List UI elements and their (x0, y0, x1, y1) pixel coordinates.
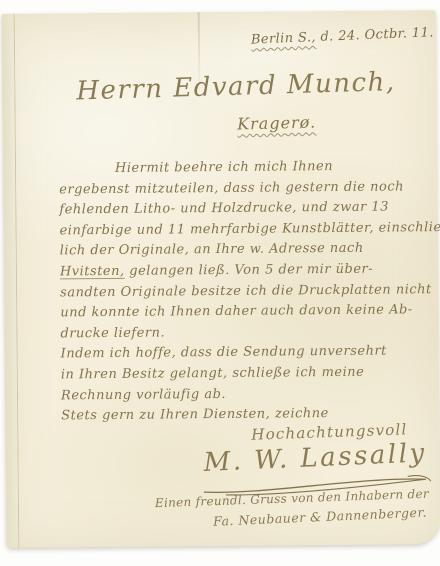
letter-paper: Berlin S., d. 24. Octbr. 11. Herrn Edvar… (2, 10, 440, 548)
dateline-place: Berlin S., (251, 30, 317, 48)
underlined-place-word: Hvitsten, (60, 264, 125, 280)
body-line: fehlenden Litho- und Holzdrucke, und zwa… (59, 198, 411, 222)
recipient-name: Herrn Edvard Munch, (76, 67, 389, 106)
dateline: Berlin S., d. 24. Octbr. 11. (251, 25, 434, 47)
body-line: und konnte ich Ihnen daher auch davon ke… (60, 300, 412, 324)
recipient-city: Kragerø. (188, 111, 364, 135)
letter-body: Hiermit beehre ich mich Ihnen ergebenst … (59, 156, 413, 427)
paper-fold-edge (2, 14, 20, 548)
body-line-rest: gelangen ließ. Von 5 der mir über- (129, 262, 373, 279)
dateline-date: d. 24. Octbr. 11. (316, 25, 434, 45)
scan-background: Berlin S., d. 24. Octbr. 11. Herrn Edvar… (0, 0, 440, 566)
body-line: in Ihren Besitz gelangt, schließe ich me… (61, 362, 413, 386)
postscript-line2: Fa. Neubauer & Dannenberger. (202, 504, 438, 529)
body-line: Hvitsten, gelangen ließ. Von 5 der mir ü… (60, 259, 412, 283)
